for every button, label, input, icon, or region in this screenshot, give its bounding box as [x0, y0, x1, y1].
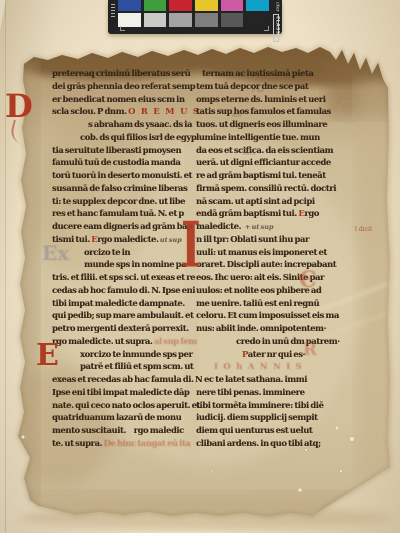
manuscript-text-line: tem tuā depcor dne sce pat — [196, 80, 348, 93]
manuscript-text-line: me uenire. taliū est eni regnū — [196, 297, 348, 310]
manuscript-text-line: lumine intelligentie tue. mun — [196, 131, 348, 144]
checker-color-patch — [144, 0, 167, 11]
interlinear-gloss: uera — [243, 151, 256, 157]
interlinear-gloss: e ua — [252, 88, 264, 94]
manuscript-text-line: uulos: et nolite eos phibere ad — [196, 284, 348, 297]
manuscript-text-line: firmā spem. consiliū rectū. doctri — [196, 182, 348, 195]
checker-color-patch — [221, 0, 244, 11]
manuscript-text-line: cob. ds qui filios isrl de egyp — [52, 131, 202, 144]
manuscript-text-line: orcizo te in — [52, 246, 202, 259]
manuscript-text-line: iudicij. diem supplicij sempit — [196, 411, 348, 424]
checker-gray-patch — [169, 13, 192, 27]
interlinear-gloss: hos — [232, 113, 242, 119]
manuscript-text-line: credo in unū dm patrem· — [196, 335, 348, 348]
manuscript-text-line: s abraham ds ysaac. ds ia — [52, 118, 202, 131]
manuscript-text-line: xorcizo te inmunde sps per — [52, 348, 202, 361]
checker-barcode — [108, 0, 118, 34]
manuscript-text-line: re ad grām baptismi tui. teneāt — [196, 169, 348, 182]
manuscript-text-line: scla sclou. P dnm. O R E M U S — [52, 105, 202, 118]
checker-gray-row — [118, 13, 269, 27]
checker-gray-patch — [118, 13, 141, 27]
manuscript-text-line: nate. qui ceco nato oclos aperuit. et — [52, 399, 202, 412]
red-initial-i: I — [181, 214, 201, 277]
manuscript-text-line: celoru. Et cum imposuisset eis ma — [196, 309, 348, 322]
manuscript-text-line: tatis sup hos famulos et famulas — [196, 105, 348, 118]
manuscript-text-line: tris. et filii. et sps sci. ut exeas et … — [52, 271, 202, 284]
manuscript-text-line: nā scam. ut apti sint ad pcipi — [196, 195, 348, 208]
checker-color-row — [118, 0, 269, 11]
checker-gray-patch — [195, 13, 218, 27]
manuscript-text-line: tibi tormēta imminere: tibi diē — [196, 399, 348, 412]
checker-classic-label: CLASSIC — [273, 14, 280, 42]
red-margin-flourish: Є — [299, 267, 317, 293]
manuscript-text-line: torū tuorū in deserto monuisti. et — [52, 169, 202, 182]
faded-ghost-initial-ex: Ex — [42, 243, 69, 263]
checker-gray-patch — [144, 13, 167, 27]
manuscript-text-line: rgo maledicte. ut supra. al sup fem — [52, 335, 202, 348]
manuscript-text-line: uuli: ut manus eis imponeret et — [196, 246, 348, 259]
manuscript-text-line: clibani ardens. in quo tibi atq; — [196, 437, 348, 450]
manuscript-text-line: petro mergenti dexterā porrexit. — [52, 322, 202, 335]
manuscript-text-line: tismi tui. Ergo maledicte. ut sup — [52, 233, 202, 246]
manuscript-text-line: tibi impat maledicte dampnate. — [52, 297, 202, 310]
checker-brand-label: cker CLASSIC — [270, 0, 282, 34]
manuscript-text-line: ternam ac iustissimā pieta — [196, 67, 348, 80]
manuscript-text-line: patrē et filiū et spm scm. ut — [52, 360, 202, 373]
manuscript-text-line: qui pedib; sup mare ambulauit. et — [52, 309, 202, 322]
manuscript-text-line: Ipse eni tibi impat maledicte dāp — [52, 386, 202, 399]
checker-color-patch — [246, 0, 269, 11]
manuscript-text-line: nere tibi penas. imminere — [196, 386, 348, 399]
right-text-column: ternam ac iustissimā pietatem tuā depcor… — [196, 67, 348, 450]
manuscript-text-line: uerā. ut digni efficiantur accede — [196, 156, 348, 169]
photo-backdrop: pretereaq criminū liberatus serūdei grās… — [0, 0, 400, 533]
manuscript-text-line: mento suscitauit. rgo maledic — [52, 424, 202, 437]
manuscript-text-line: ti: te supplex depcor dne. ut libe — [52, 195, 202, 208]
checker-gray-patch — [221, 13, 244, 27]
red-initial-d: D — [5, 90, 33, 122]
checker-brand-text: cker — [274, 2, 279, 12]
manuscript-text-line: quatriduanum lazarū de monu — [52, 411, 202, 424]
manuscript-text-line: cedas ab hoc famulo di. N. Ipse eni — [52, 284, 202, 297]
manuscript-text-line: ec te latet sathana. immi — [196, 373, 348, 386]
checker-corner-mark — [264, 26, 269, 31]
color-checker: cker CLASSIC — [108, 0, 282, 34]
manuscript-text-line: n ill tpr: Oblati sunt ihu par — [196, 233, 348, 246]
manuscript-text-line: famulū tuū de custodia manda — [52, 156, 202, 169]
manuscript-text-line: maledicte. + ut sup — [196, 220, 348, 233]
manuscript-text-line: tia seruitute liberasti pmoysen — [52, 144, 202, 157]
red-margin-flourish-2: R — [303, 340, 317, 360]
manuscript-text-line: munde sps in nomine pa — [52, 258, 202, 271]
checker-color-patch — [169, 0, 192, 11]
manuscript-text-line: dei grās phennia deo referat semp — [52, 80, 202, 93]
manuscript-text-line: tuos. ut digneris eos illuminare — [196, 118, 348, 131]
manuscript-text-line: oraret. Discipli aute: increpabant — [196, 258, 348, 271]
manuscript-text-line: diem qui uenturus est uelut — [196, 424, 348, 437]
manuscript-text-line: nus: abiit inde. omnipotentem· — [196, 322, 348, 335]
checker-patch-grid — [118, 0, 270, 34]
manuscript-text-line: exeas et recedas ab hac famula di. N. — [52, 373, 202, 386]
red-margin-note: l dicit — [355, 226, 372, 233]
manuscript-text-line: endā grām baptismi tui. Ergo — [196, 207, 348, 220]
manuscript-text-line: res et hanc famulam tuā. N. et p — [52, 207, 202, 220]
manuscript-text-line: eos. Ihc uero: ait eis. Sinite par — [196, 271, 348, 284]
manuscript-text-line: I O h A N N I S — [196, 360, 348, 373]
manuscript-text-line: pretereaq criminū liberatus serū — [52, 67, 202, 80]
checker-color-patch — [118, 0, 141, 11]
left-text-column: pretereaq criminū liberatus serūdei grās… — [52, 67, 202, 450]
manuscript-text-line: omps eterne ds. luminis et ueri — [196, 93, 348, 106]
red-initial-e: E — [36, 341, 59, 371]
manuscript-text-line: te. ut supra. De hinc tangat eū ita — [52, 437, 202, 450]
checker-gray-patch — [246, 13, 269, 27]
manuscript-text-line: Pater nr qui es· — [196, 348, 348, 361]
manuscript-text-line: ducere eam digneris ad grām bap — [52, 220, 202, 233]
manuscript-text-line: er benedicat nomen eius scm in — [52, 93, 202, 106]
checker-corner-mark — [120, 26, 125, 31]
manuscript-text-line: susannā de falso crimine liberas — [52, 182, 202, 195]
checker-color-patch — [195, 0, 218, 11]
manuscript-text-line: da eos et scifica. da eis scientiam — [196, 144, 348, 157]
